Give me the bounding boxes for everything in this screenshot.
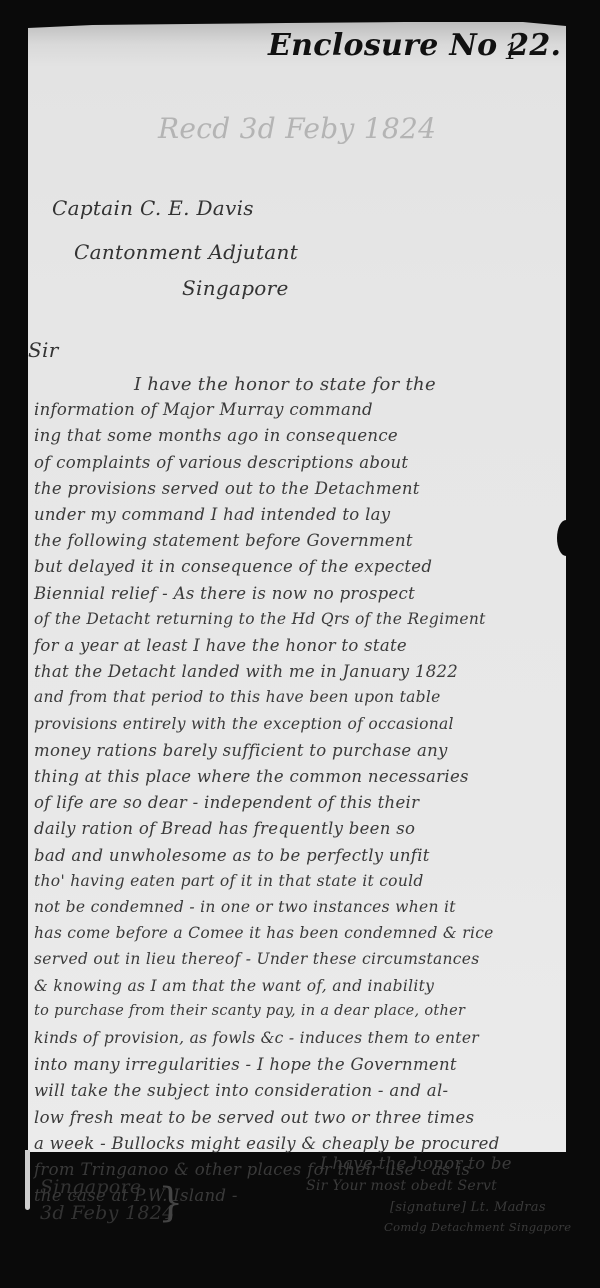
address-line-3: Singapore — [182, 276, 289, 300]
body-line: & knowing as I am that the want of, and … — [34, 977, 434, 995]
binding-hole — [557, 520, 575, 556]
body-line: information of Major Murray command — [34, 400, 373, 419]
body-line: that the Detacht landed with me in Janua… — [34, 662, 458, 681]
brace: } — [158, 1180, 184, 1226]
body-line: for a year at least I have the honor to … — [34, 636, 407, 655]
body-line: the following statement before Governmen… — [34, 531, 413, 550]
body-line: of the Detacht returning to the Hd Qrs o… — [34, 610, 486, 628]
signature: [signature] Lt. Madras — [390, 1200, 546, 1215]
date: 3d Feby 1824 — [40, 1202, 175, 1224]
body-line: Biennial relief - As there is now no pro… — [34, 584, 415, 603]
body-line: thing at this place where the common nec… — [34, 767, 469, 786]
closing-line-2: Sir Your most obedt Servt — [306, 1178, 497, 1194]
body-line: and from that period to this have been u… — [34, 688, 441, 706]
body-line: will take the subject into consideration… — [34, 1081, 448, 1100]
body-line: I have the honor to state for the — [134, 374, 436, 395]
body-line: low fresh meat to be served out two or t… — [34, 1108, 474, 1127]
body-line: of life are so dear - independent of thi… — [34, 793, 419, 812]
address-line-1: Captain C. E. Davis — [52, 196, 254, 220]
body-line: ing that some months ago in consequence — [34, 426, 398, 445]
body-line: to purchase from their scanty pay, in a … — [34, 1003, 465, 1019]
body-line: under my command I had intended to lay — [34, 505, 390, 524]
body-line: served out in lieu thereof - Under these… — [34, 950, 480, 968]
body-line: of complaints of various descriptions ab… — [34, 453, 408, 472]
body-line: the provisions served out to the Detachm… — [34, 479, 420, 498]
body-line: money rations barely sufficient to purch… — [34, 741, 448, 760]
body-line: but delayed it in consequence of the exp… — [34, 557, 432, 576]
paper-tab — [25, 1150, 30, 1210]
salutation: Sir — [28, 338, 59, 362]
closing-line-1: I have the honor to be — [320, 1154, 512, 1173]
body-line: has come before a Comee it has been cond… — [34, 924, 494, 942]
body-line-tail: a week - Bullocks might easily & cheaply… — [34, 1134, 500, 1153]
body-line: bad and unwholesome as to be perfectly u… — [34, 846, 430, 865]
body-line: daily ration of Bread has frequently bee… — [34, 819, 415, 838]
enclosure-mark: 1 — [504, 40, 518, 65]
body-line: provisions entirely with the exception o… — [34, 715, 454, 733]
body-line: kinds of provision, as fowls &c - induce… — [34, 1029, 479, 1047]
place: Singapore — [40, 1176, 141, 1198]
received-stamp: Recd 3d Feby 1824 — [158, 112, 436, 145]
body-line: tho' having eaten part of it in that sta… — [34, 872, 424, 890]
body-line: not be condemned - in one or two instanc… — [34, 898, 456, 916]
body-line: into many irregularities - I hope the Go… — [34, 1055, 457, 1074]
signatory-title: Comdg Detachment Singapore — [384, 1220, 571, 1234]
address-line-2: Cantonment Adjutant — [74, 240, 298, 264]
